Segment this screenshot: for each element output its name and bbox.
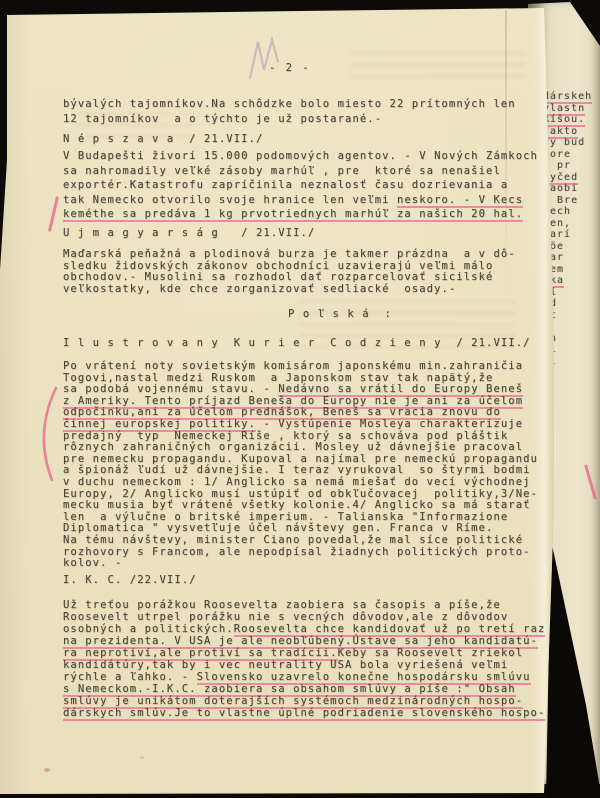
underlying-text-line: vlastn	[543, 103, 592, 115]
text-line: Už treťou porážkou Roosevelta zaobiera s…	[63, 599, 545, 611]
text-line: s Nemeckom.-I.K.C. zaobiera sa obsahom s…	[63, 683, 545, 695]
main-page: - 2 - bývalých tajomníkov.Na schôdzke bo…	[0, 0, 600, 798]
text-line: na prezidenta. V USA je ale neobľúbený.Ú…	[63, 635, 545, 647]
text-line: smlúvy je unikátom doterajších systémoch…	[63, 695, 545, 707]
text-line: keméthe sa predáva 1 kg prvotriednych ma…	[63, 207, 538, 222]
scanned-document-photo: dárskehvlastnRíšou.taktovy budborei prvy…	[0, 0, 600, 798]
text-line: kolov. -	[63, 558, 538, 570]
text-line: veľkostatky, kde chce zorganizovať sedli…	[63, 284, 516, 296]
paper-stain	[44, 768, 50, 772]
paragraph-ikc: Už treťou porážkou Roosevelta zaobiera s…	[63, 599, 545, 719]
text-line: dárskych smlúv.Je to vlastne úplné podri…	[63, 707, 545, 719]
text-line: sa nahromadily veľké zásoby marhúľ , pre…	[63, 164, 538, 179]
text-line: I l u s t r o v a n y K u r i e r C o d …	[63, 337, 531, 349]
paragraph-kurier: Po vrátení noty sovietským komisárom jap…	[63, 361, 538, 570]
margin-mark-paren	[30, 386, 60, 482]
text-line: exportér.Katastrofu zapríčinila neznalos…	[63, 178, 538, 193]
paragraph-ujmagyarsag: Maďarská peňažná a plodinová burza je ta…	[63, 249, 516, 296]
text-line: P o ľ s k á :	[288, 308, 392, 320]
text-line: V Budapešti živorí 15.000 podomových age…	[63, 149, 538, 164]
text-line: bývalých tajomníkov.Na schôdzke bolo mie…	[63, 97, 516, 112]
paper-stain	[140, 756, 144, 759]
stamp-mark	[246, 36, 282, 82]
underlying-text-line: i pr	[543, 160, 592, 172]
text-line: kandidátúry,tak by i vec neutrality USA …	[63, 659, 545, 671]
paragraph-nepszava: V Budapešti živorí 15.000 podomových age…	[63, 149, 538, 222]
text-line: I. K. C. /22.VII./	[63, 574, 197, 586]
text-line: ra neprotiví,ale protiví sa tradícii.Keb…	[63, 647, 545, 659]
text-line: U j m a g y a r s á g / 21.VII./	[63, 227, 315, 239]
text-line: N é p s z a v a / 21.VII./	[63, 133, 263, 145]
heading-polska: P o ľ s k á :	[288, 308, 392, 320]
text-line: rozhovory s Francom, ale nepodpísal žiad…	[63, 547, 538, 559]
text-line: Roosevelt utrpel porážku nie s vecných d…	[63, 611, 545, 623]
ink-bleed-smudge	[350, 52, 525, 86]
heading-nepszava: N é p s z a v a / 21.VII./	[63, 133, 263, 145]
underlying-text-line: Ríšou.	[543, 114, 592, 126]
heading-ikc: I. K. C. /22.VII./	[63, 574, 197, 586]
text-line: 12 tajomníkov a o týchto je už postarané…	[63, 112, 516, 127]
underlying-text-line: takto	[543, 126, 592, 138]
underlying-text-line: bore	[543, 149, 592, 161]
underlying-text-line: zaobi	[543, 183, 592, 195]
text-line: osobných a politických.Roosevelta chce k…	[63, 623, 545, 635]
heading-ilustrovany-kurier: I l u s t r o v a n y K u r i e r C o d …	[63, 337, 531, 349]
text-line: tak Nemecko otvorilo svoje hranice len v…	[63, 193, 538, 208]
underlying-text-line: z Bre	[543, 195, 592, 207]
text-line: rýchle a ľahko. - Slovensko uzavrelo kon…	[63, 671, 545, 683]
margin-mark-slash	[48, 196, 59, 232]
underlying-text-line: vy bud	[543, 137, 592, 149]
continuation-paragraph: bývalých tajomníkov.Na schôdzke bolo mie…	[63, 97, 516, 127]
heading-ujmagyarsag: U j m a g y a r s á g / 21.VII./	[63, 227, 315, 239]
underlying-text-line: dárskeh	[543, 91, 592, 103]
underlying-text-line: vyčed	[543, 172, 592, 184]
